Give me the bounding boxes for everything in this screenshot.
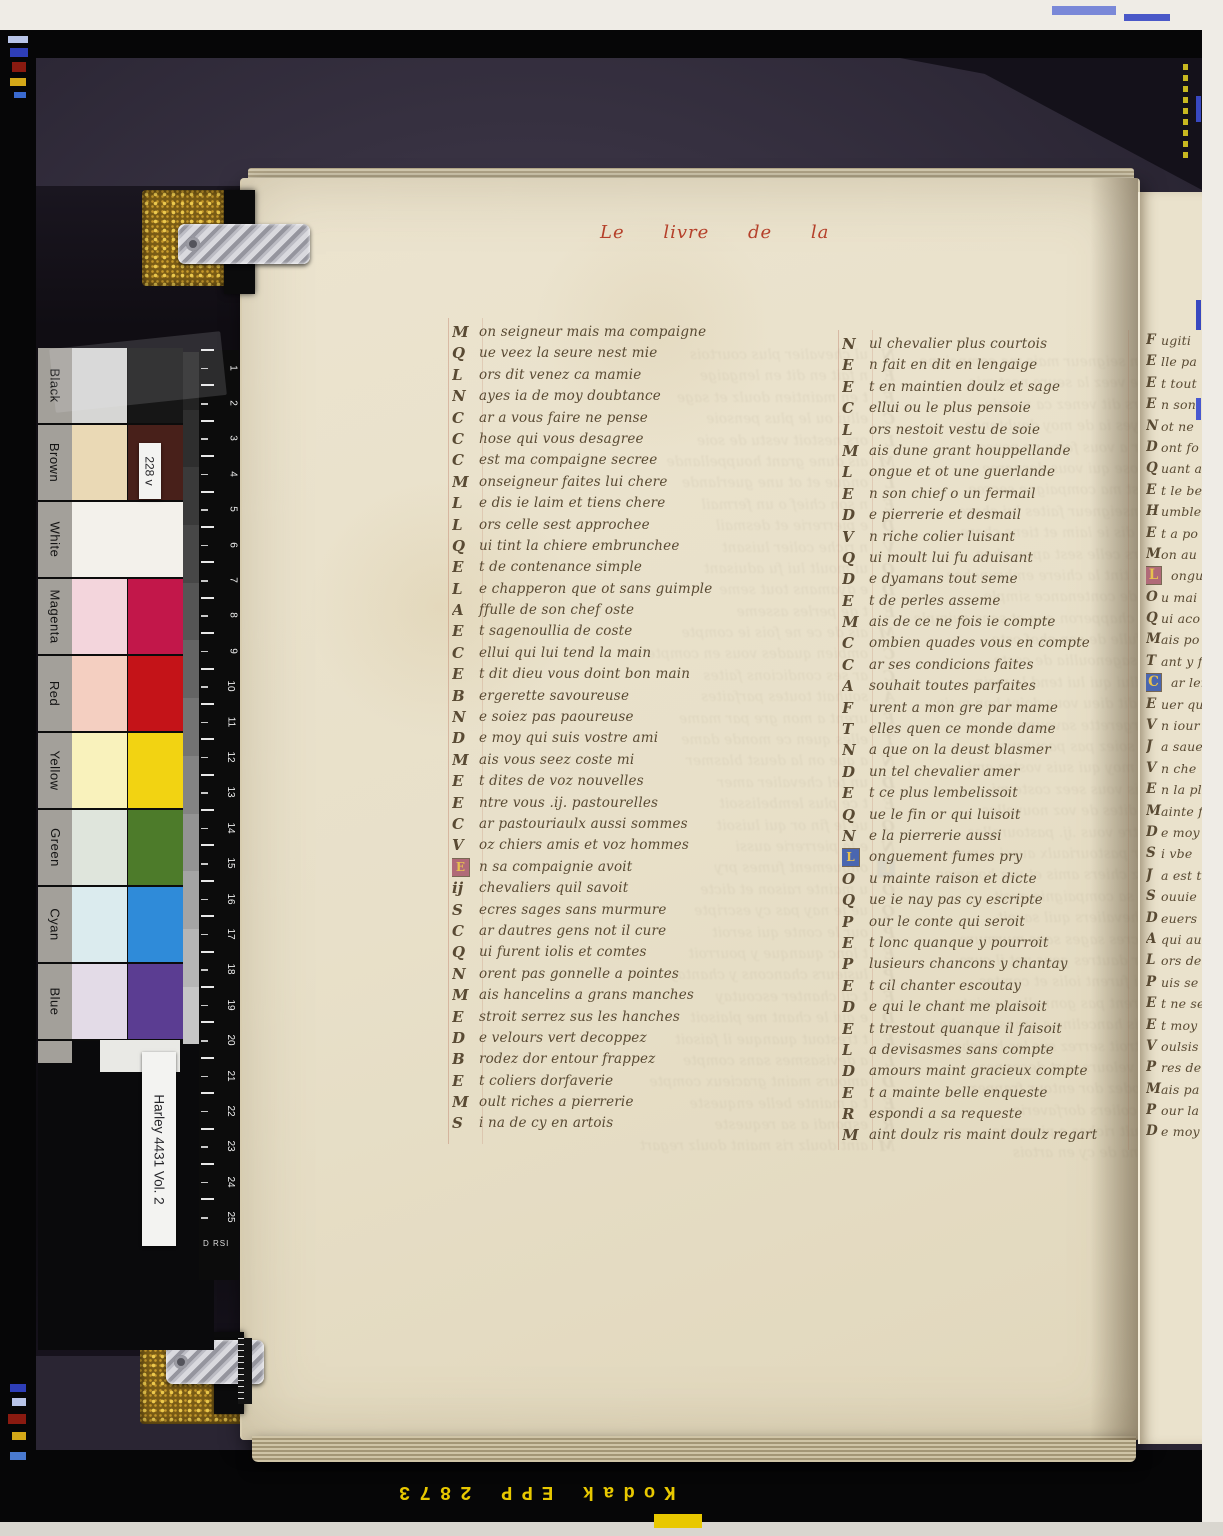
manuscript-line: Longuement fumes pry [842,847,1138,868]
line-text: ayes ia de moy doubtance [479,386,661,407]
manuscript-line: Et ce plus lembelissoit [842,783,1138,804]
line-initial: C [452,643,479,664]
line-initial: M [452,985,479,1006]
color-calibration-chart: BlackBrownWhiteMagentaRedYellowGreenCyan… [38,348,198,1063]
line-initial: V [842,527,869,548]
swatch-yellow-pale [72,733,128,808]
line-text: ors nestoit vestu de soie [869,420,1040,441]
manuscript-line: Voz chiers amis et voz hommes [452,835,824,856]
line-initial: E [1146,694,1161,715]
line-text: umble [1161,501,1201,522]
ruler-number: 10 [225,681,236,692]
line-text: uer qu [1161,694,1202,715]
line-initial: S [452,900,479,921]
line-initial: D [1146,908,1161,929]
line-text: ue veez la seure nest mie [479,343,657,364]
ruler-cell: 23 [199,1129,239,1164]
manuscript-line: Et le be [1146,480,1202,501]
line-text: ecres sages sans murmure [479,900,667,921]
ruler-number: 15 [225,858,236,869]
manuscript-line: Et cil chanter escoutay [842,976,1138,997]
line-initial: L [452,579,479,600]
ruler-number: 18 [225,964,236,975]
line-text: u mai [1161,587,1197,608]
manuscript-line: ijchevaliers quil savoit [452,878,824,899]
manuscript-line: Qui furent iolis et comtes [452,942,824,963]
film-mark [10,48,28,57]
manuscript-line: Voulsis [1146,1036,1202,1057]
line-text: ais de ce ne fois ie compte [869,612,1056,633]
line-initial: F [842,698,869,719]
line-initial: M [842,1125,869,1146]
line-text: euers [1161,908,1197,929]
line-initial: Q [452,343,479,364]
swatch-label: White [38,502,72,577]
line-initial: E [452,1007,479,1028]
line-text: t a po [1161,523,1198,544]
line-text: ont fo [1161,437,1199,458]
manuscript-line: Furent a mon gre par mame [842,698,1138,719]
line-text: rodez dor entour frappez [479,1049,656,1070]
ruler-cell: 6 [199,527,239,562]
illuminated-initial: L [842,849,859,866]
ruler-number: 12 [225,751,236,762]
line-text: uis se [1161,972,1198,993]
manuscript-line: Car ses condicions faites [842,655,1138,676]
manuscript-line: En sa compaignie avoit [452,857,824,878]
line-initial: Q [452,942,479,963]
manuscript-line: Ne la pierrerie aussi [842,826,1138,847]
manuscript-line: Norent pas gonnelle a pointes [452,964,824,985]
manuscript-line: En fait en dit en lengaige [842,355,1138,376]
line-initial: N [452,707,479,728]
film-mark [8,1414,26,1424]
line-initial: E [842,484,869,505]
line-text: ant y f [1161,651,1202,672]
gray-step [183,756,199,814]
line-text: a est t [1161,865,1202,886]
film-code-dash [1183,108,1188,114]
film-code-dash [1183,119,1188,125]
line-text: ot ne [1161,416,1194,437]
swatch-label-text: Cyan [47,908,62,940]
line-initial: O [842,869,869,890]
manuscript-line: Mon seigneur mais ma compaigne [452,322,824,343]
line-initial: J [1146,736,1161,757]
line-initial: V [1146,715,1161,736]
manuscript-line: Qui aco [1146,608,1202,629]
line-text: on seigneur mais ma compaigne [479,322,706,343]
line-initial: T [842,719,869,740]
manuscript-line: Humble [1146,501,1202,522]
line-text: n son [1161,394,1196,415]
line-text: n iour [1161,715,1200,736]
film-code-dash [1196,398,1201,420]
ruler-cell: 3 [199,421,239,456]
line-text: t moy [1161,1015,1197,1036]
ruler-number: 11 [225,716,236,726]
color-swatch-row: Green [38,810,198,887]
manuscript-line: Si na de cy en artois [452,1113,824,1134]
manuscript-line: Chose qui vous desagree [452,429,824,450]
ruler-number: 3 [228,436,239,442]
film-mark [10,1452,26,1460]
facing-page-edge: FugitiElle paEt toutEn sonNot neDont foQ… [1138,192,1202,1444]
line-text: ar len [1171,672,1202,693]
swatch-label: Red [38,656,72,731]
line-initial: A [1146,929,1161,950]
line-initial: D [842,997,869,1018]
manuscript-line: Na que on la deust blasmer [842,740,1138,761]
line-text: ffulle de son chef oste [479,600,634,621]
line-text: oz chiers amis et voz hommes [479,835,689,856]
manuscript-line: Fugiti [1146,330,1202,351]
manuscript-line: Asouhait toutes parfaites [842,676,1138,697]
manuscript-line: Nayes ia de moy doubtance [452,386,824,407]
line-initial: O [1146,587,1161,608]
gray-step [183,929,199,987]
manuscript-line: Secres sages sans murmure [452,900,824,921]
line-initial: Q [842,805,869,826]
line-text: est ma compaigne secree [479,450,657,471]
manuscript-line: Pour la [1146,1100,1202,1121]
line-initial: P [1146,1100,1161,1121]
line-text: t sagenoullia de coste [479,621,633,642]
line-text: t dit dieu vous doint bon main [479,664,690,685]
manuscript-line: Mon au [1146,544,1202,565]
line-initial: C [842,633,869,654]
line-initial: E [1146,351,1161,372]
line-initial: D [842,1061,869,1082]
line-text: amours maint gracieux compte [869,1061,1088,1082]
manuscript-line: Qui moult lui fu aduisant [842,548,1138,569]
manuscript-line: Longue et ot une guerlande [842,462,1138,483]
line-text: e moy [1161,822,1200,843]
manuscript-line: Bergerette savoureuse [452,686,824,707]
manuscript-line: Cellui qui lui tend la main [452,643,824,664]
ruler-number: 8 [228,613,239,619]
swatch-green-pale [72,810,128,885]
manuscript-line: Et lonc quanque y pourroit [842,933,1138,954]
line-text: our le conte qui seroit [869,912,1025,933]
line-text: t a mainte belle enqueste [869,1083,1048,1104]
color-swatch-row: Brown [38,425,198,502]
manuscript-line: Mais hancelins a grans manches [452,985,824,1006]
page-edges-bottom [252,1436,1136,1462]
shelfmark-sticker: Harley 4431 Vol. 2 [142,1052,176,1246]
line-initial: M [1146,1079,1161,1100]
line-text: qui au [1161,929,1202,950]
line-text: ainte f [1161,801,1202,822]
manuscript-line: De pierrerie et desmail [842,505,1138,526]
facing-text-column: FugitiElle paEt toutEn sonNot neDont foQ… [1146,330,1202,1150]
swatch-white [72,502,183,577]
film-edge-right [1202,0,1223,1536]
line-text: ouuie [1161,886,1197,907]
manuscript-line: Vn iour [1146,715,1202,736]
line-text: n fait en dit en lengaige [869,355,1037,376]
manuscript-line: Car a vous faire ne pense [452,408,824,429]
line-text: t lonc quanque y pourroit [869,933,1049,954]
film-yellow-streak [654,1514,702,1528]
line-text: hose qui vous desagree [479,429,644,450]
line-text: our la [1161,1100,1199,1121]
line-initial: P [1146,972,1161,993]
swatch-label-text: Blue [48,987,63,1015]
line-initial: C [452,814,479,835]
line-text: t cil chanter escoutay [869,976,1021,997]
line-initial: Q [842,890,869,911]
ruler-cell: 11 [199,704,239,739]
swatch-label-text: Magenta [48,589,63,643]
line-initial: M [452,322,479,343]
line-text: ergerette savoureuse [479,686,629,707]
line-initial: E [452,664,479,685]
swatch-label: Green [38,810,72,885]
film-mark [12,62,26,72]
manuscript-line: Ne soiez pas paoureuse [452,707,824,728]
swatch-magenta [128,579,183,654]
line-initial: A [452,600,479,621]
ruler-cell: 10 [199,669,239,704]
line-initial: D [1146,822,1161,843]
line-text: on au [1161,544,1197,565]
manuscript-line: Car pastouriaulx aussi sommes [452,814,824,835]
swatch-blue-pale [72,964,128,1039]
ruling-line [838,330,839,1150]
line-initial: D [842,505,869,526]
swatch-label-text: Yellow [48,750,63,790]
line-text: t de contenance simple [479,557,642,578]
manuscript-line: De dyamans tout seme [842,569,1138,590]
line-initial: N [452,964,479,985]
line-initial: H [1146,501,1161,522]
manuscript-line: Le dis ie laim et tiens chere [452,493,824,514]
ruler-number: 17 [225,928,236,939]
line-text: ar dautres gens not il cure [479,921,666,942]
line-text: onseigneur faites lui chere [479,472,668,493]
film-marking-text: Kodak EPP 2873 [390,1481,676,1503]
film-code-dash [1183,141,1188,147]
manuscript-line: Ou mainte raison et dicte [842,869,1138,890]
line-initial: M [452,1092,479,1113]
line-initial: J [1146,865,1161,886]
ruler-cell: 16 [199,881,239,916]
manuscript-line: Quant a [1146,458,1202,479]
gray-step [183,640,199,698]
line-initial: C [452,450,479,471]
line-initial: E [842,1083,869,1104]
folio-number: 228 v [143,456,157,485]
line-text: un tel chevalier amer [869,762,1020,783]
line-text: n sa compaignie avoit [479,857,632,878]
manuscript-line: Mais dune grant houppellande [842,441,1138,462]
manuscript-line: Et sagenoullia de coste [452,621,824,642]
line-text: e qui le chant me plaisoit [869,997,1047,1018]
line-initial: S [1146,843,1161,864]
manuscript-line: Le chapperon que ot sans guimple [452,579,824,600]
manuscript-line: Mais de ce ne fois ie compte [842,612,1138,633]
ruler-cell: 20 [199,1022,239,1057]
line-initial: P [842,912,869,933]
line-text: n son chief o un fermail [869,484,1036,505]
line-text: a que on la deust blasmer [869,740,1051,761]
manuscript-line: Mais po [1146,629,1202,650]
manuscript-line: Et tout [1146,373,1202,394]
manuscript-line: Et a po [1146,523,1202,544]
line-text: stroit serrez sus les hanches [479,1007,680,1028]
line-initial: V [452,835,479,856]
line-text: e soiez pas paoureuse [479,707,634,728]
line-initial: E [842,591,869,612]
manuscript-line: Entre vous .ij. pastourelles [452,793,824,814]
illuminated-initial: L [1146,567,1161,584]
ruler-cell: 17 [199,916,239,951]
line-text: t trestout quanque il faisoit [869,1019,1062,1040]
line-initial: M [842,441,869,462]
ruler-cell: 18 [199,952,239,987]
line-text: ors de [1161,950,1202,971]
line-initial: R [842,1104,869,1125]
ruler-number: 6 [228,542,239,548]
line-initial: E [842,377,869,398]
line-text: ui aco [1161,608,1200,629]
ruler-cell: 24 [199,1164,239,1199]
line-initial: S [1146,886,1161,907]
film-edge-bottom [0,1522,1223,1536]
line-text: ui furent iolis et comtes [479,942,647,963]
line-initial: D [842,569,869,590]
line-initial: E [842,1019,869,1040]
line-text: t de perles asseme [869,591,1001,612]
line-initial: N [842,334,869,355]
shelfmark-text: Harley 4431 Vol. 2 [152,1094,167,1204]
ruler-number: 21 [225,1070,236,1081]
swatch-label: Cyan [38,887,72,962]
manuscript-line: Et de contenance simple [452,557,824,578]
ruler-number: 14 [225,822,236,833]
manuscript-line: Mais pa [1146,1079,1202,1100]
line-text: souhait toutes parfaites [869,676,1036,697]
line-initial: Q [452,536,479,557]
manuscript-line: Plusieurs chancons y chantay [842,954,1138,975]
line-text: ais hancelins a grans manches [479,985,694,1006]
line-text: aint doulz ris maint doulz regart [869,1125,1097,1146]
ruler-cell: 21 [199,1058,239,1093]
line-text: ugiti [1161,330,1191,351]
line-initial: E [842,783,869,804]
swatch-label-text: Green [48,828,63,867]
line-text: ellui ou le plus pensoie [869,398,1031,419]
manuscript-line: Cest ma compaigne secree [452,450,824,471]
line-text: ue le fin or qui luisoit [869,805,1021,826]
manuscript-line: Lors nestoit vestu de soie [842,420,1138,441]
line-text: e pierrerie et desmail [869,505,1021,526]
film-marking-kodak: Kodak EPP 2873 [358,1476,708,1508]
color-swatch-row: Yellow [38,733,198,810]
line-text: n che [1161,758,1196,779]
line-text: a saue [1161,736,1202,757]
swatch-label: Magenta [38,579,72,654]
manuscript-line: Qui tint la chiere embrunchee [452,536,824,557]
ruler-number: 20 [225,1035,236,1046]
illuminated-initial: C [1146,674,1161,691]
line-text: uant a [1161,458,1202,479]
line-initial: L [842,1040,869,1061]
ruler-cell: 4 [199,456,239,491]
line-initial: F [1146,330,1161,351]
ruling-line [448,318,449,1144]
manuscript-line: Et dites de voz nouvelles [452,771,824,792]
swatch-label: Brown [38,425,72,500]
line-initial: V [1146,758,1161,779]
text-column-1: Mon seigneur mais ma compaigneQue veez l… [452,322,824,1140]
line-initial: D [452,728,479,749]
line-text: e dis ie laim et tiens chere [479,493,665,514]
line-text: ul chevalier plus courtois [869,334,1047,355]
text-column-2: Nul chevalier plus courtoisEn fait en di… [842,334,1138,1152]
ruler-cell: 7 [199,562,239,597]
manuscript-line: Lors de [1146,950,1202,971]
swatch-green [128,810,183,885]
ruler-number: 24 [225,1176,236,1187]
line-text: t en maintien doulz et sage [869,377,1060,398]
rubric-title: Le livre de la [600,222,900,243]
manuscript-line: De moy [1146,1121,1202,1142]
film-mark [10,78,26,86]
manuscript-line: De moy [1146,822,1202,843]
line-text: ais vous seez coste mi [479,750,634,771]
film-edge-top [0,0,1223,30]
ruler-cell: 8 [199,598,239,633]
ruler-number: 13 [225,787,236,798]
manuscript-line: Puis se [1146,972,1202,993]
manuscript-line: Et ne se [1146,993,1202,1014]
manuscript-line: De moy qui suis vostre ami [452,728,824,749]
line-text: ue ie nay pas cy escripte [869,890,1043,911]
line-initial: N [842,740,869,761]
line-text: i vbe [1161,843,1192,864]
swatch-magenta-pale [72,579,128,654]
film-code-dash [1196,96,1201,122]
ruler-number: 25 [225,1212,236,1223]
line-text: e chapperon que ot sans guimple [479,579,712,600]
line-initial: C [842,655,869,676]
manuscript-line: Et de perles asseme [842,591,1138,612]
line-text: chevaliers quil savoit [479,878,628,899]
line-initial: Q [842,548,869,569]
ruler-number: 1 [228,365,239,371]
line-text: ors dit venez ca mamie [479,365,641,386]
line-initial: D [452,1028,479,1049]
line-initial: E [842,355,869,376]
ruler-number: 2 [228,400,239,406]
manuscript-line: En son [1146,394,1202,415]
manuscript-line: Damours maint gracieux compte [842,1061,1138,1082]
film-streak [1124,14,1170,21]
line-text: ongue et ot une guerlande [869,462,1055,483]
swatch-red [128,656,183,731]
film-code-dash [1183,130,1188,136]
line-initial: P [1146,1057,1161,1078]
color-swatch-row: Cyan [38,887,198,964]
manuscript-line: Lors celle sest approchee [452,515,824,536]
manuscript-line: Moult riches a pierrerie [452,1092,824,1113]
manuscript-line: Et a mainte belle enqueste [842,1083,1138,1104]
gray-step [183,467,199,525]
line-initial: C [842,398,869,419]
film-code-dash [1183,75,1188,81]
